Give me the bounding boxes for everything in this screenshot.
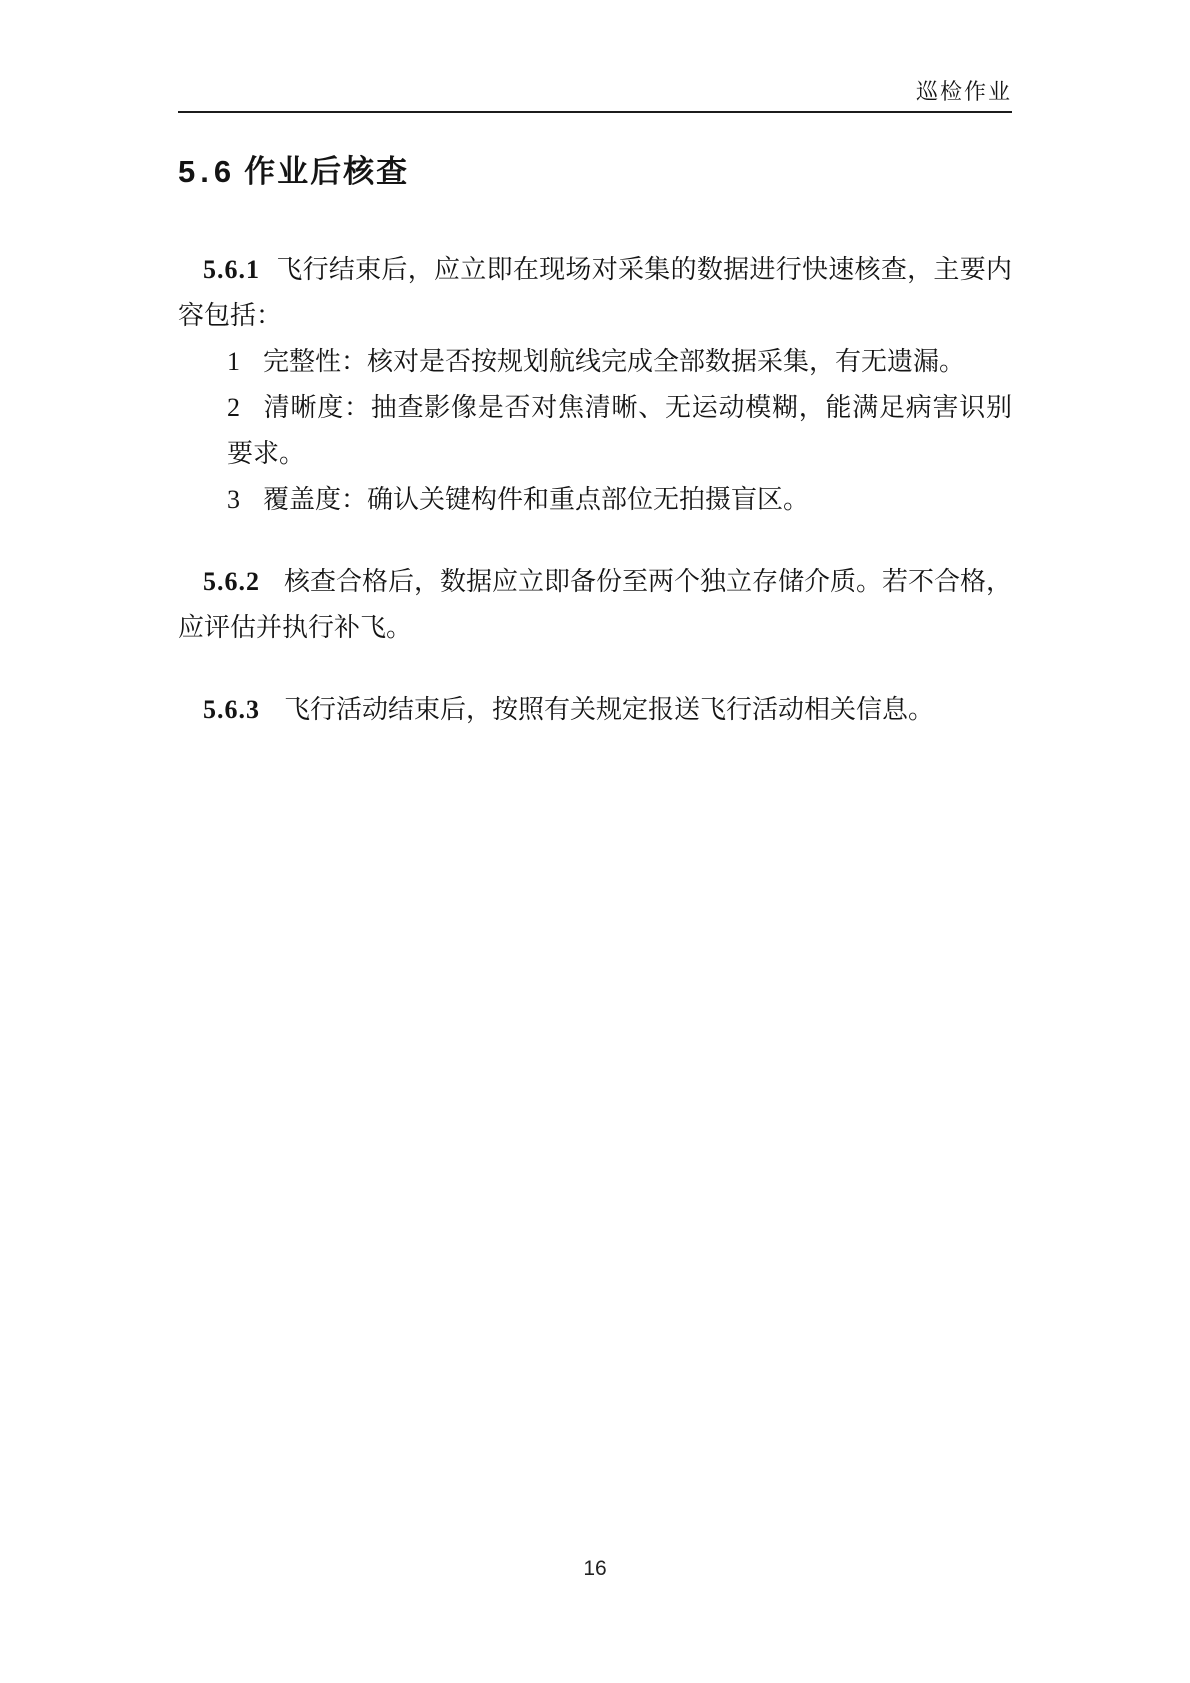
checklist-item-number: 2 bbox=[227, 385, 263, 431]
paragraph-5-6-3-label: 5.6.3 bbox=[203, 695, 260, 724]
running-header-title: 巡检作业 bbox=[916, 79, 1012, 104]
paragraph-5-6-3: 5.6.3飞行活动结束后，按照有关规定报送飞行活动相关信息。 bbox=[178, 687, 1012, 733]
checklist-item-number: 1 bbox=[227, 339, 263, 385]
document-page: 巡检作业 5.6作业后核查 5.6.1飞行结束后，应立即在现场对采集的数据进行快… bbox=[0, 0, 1190, 1683]
paragraph-5-6-2-text: 核查合格后，数据应立即备份至两个独立存储介质。若不合格，应评估并执行补飞。 bbox=[178, 567, 1012, 642]
checklist-item-text: 完整性：核对是否按规划航线完成全部数据采集，有无遗漏。 bbox=[263, 347, 965, 376]
checklist-item-text: 覆盖度：确认关键构件和重点部位无拍摄盲区。 bbox=[263, 485, 809, 514]
page-number: 16 bbox=[0, 1556, 1190, 1582]
checklist-item: 3覆盖度：确认关键构件和重点部位无拍摄盲区。 bbox=[178, 477, 1012, 523]
paragraph-5-6-1-label: 5.6.1 bbox=[203, 255, 260, 284]
paragraph-5-6-1: 5.6.1飞行结束后，应立即在现场对采集的数据进行快速核查，主要内容包括： bbox=[178, 247, 1012, 339]
running-header: 巡检作业 bbox=[178, 0, 1012, 113]
paragraph-5-6-2: 5.6.2核查合格后，数据应立即备份至两个独立存储介质。若不合格，应评估并执行补… bbox=[178, 559, 1012, 651]
checklist-item: 1完整性：核对是否按规划航线完成全部数据采集，有无遗漏。 bbox=[178, 339, 1012, 385]
section-heading-number: 5.6 bbox=[178, 154, 236, 189]
paragraph-5-6-3-text: 飞行活动结束后，按照有关规定报送飞行活动相关信息。 bbox=[284, 695, 934, 724]
checklist-item: 2清晰度：抽查影像是否对焦清晰、无运动模糊，能满足病害识别要求。 bbox=[178, 385, 1012, 477]
section-heading: 5.6作业后核查 bbox=[178, 153, 1012, 191]
section-heading-title: 作业后核查 bbox=[244, 154, 409, 189]
paragraph-5-6-1-text: 飞行结束后，应立即在现场对采集的数据进行快速核查，主要内容包括： bbox=[178, 255, 1012, 330]
paragraph-5-6-2-label: 5.6.2 bbox=[203, 567, 260, 596]
checklist-item-number: 3 bbox=[227, 477, 263, 523]
page-number-value: 16 bbox=[583, 1557, 606, 1580]
checklist-item-text: 清晰度：抽查影像是否对焦清晰、无运动模糊，能满足病害识别要求。 bbox=[227, 393, 1012, 468]
checklist: 1完整性：核对是否按规划航线完成全部数据采集，有无遗漏。 2清晰度：抽查影像是否… bbox=[178, 339, 1012, 523]
